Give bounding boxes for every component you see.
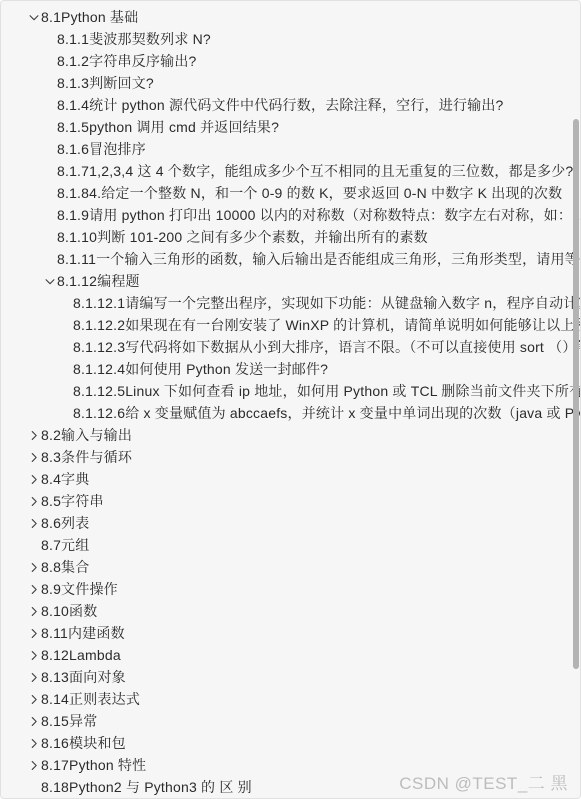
tree-item[interactable]: 8.1.5python 调用 cmd 并返回结果? — [1, 116, 580, 138]
tree-item[interactable]: 8.1.10判断 101-200 之间有多少个素数，并输出所有的素数 — [1, 226, 580, 248]
tree-item-label: 8.15异常 — [41, 711, 97, 731]
chevron-right-icon[interactable] — [27, 515, 41, 531]
chevron-right-icon[interactable] — [27, 735, 41, 751]
chevron-down-icon[interactable] — [27, 9, 41, 25]
chevron-placeholder — [43, 75, 57, 91]
tree-item[interactable]: 8.1.84.给定一个整数 N，和一个 0-9 的数 K，要求返回 0-N 中数… — [1, 182, 580, 204]
tree-item-label: 8.1.12.2如果现在有一台刚安装了 WinXP 的计算机，请简单说明如何能够… — [73, 315, 580, 335]
chevron-right-icon[interactable] — [27, 669, 41, 685]
tree-item-label: 8.1.12.6给 x 变量赋值为 abccaefs，并统计 x 变量中单词出现… — [73, 403, 580, 423]
tree-item-label: 8.1.6冒泡排序 — [57, 139, 146, 159]
tree-item-label: 8.8集合 — [41, 557, 89, 577]
tree-item-label: 8.2输入与输出 — [41, 425, 132, 445]
tree-item[interactable]: 8.16模块和包 — [1, 732, 580, 754]
chevron-right-icon[interactable] — [27, 471, 41, 487]
tree-item-label: 8.1.12.5Linux 下如何查看 ip 地址，如何用 Python 或 T… — [73, 381, 580, 401]
tree-item[interactable]: 8.3条件与循环 — [1, 446, 580, 468]
chevron-right-icon[interactable] — [27, 691, 41, 707]
tree-item[interactable]: 8.1.12编程题 — [1, 270, 580, 292]
tree-item[interactable]: 8.5字符串 — [1, 490, 580, 512]
chevron-placeholder — [27, 779, 41, 795]
tree-item-label: 8.5字符串 — [41, 491, 104, 511]
chevron-placeholder — [43, 163, 57, 179]
tree-item[interactable]: 8.9文件操作 — [1, 578, 580, 600]
tree-item-label: 8.1.9请用 python 打印出 10000 以内的对称数（对称数特点：数字… — [57, 205, 580, 225]
chevron-placeholder — [43, 31, 57, 47]
tree-item[interactable]: 8.1.4统计 python 源代码文件中代码行数，去除注释，空行，进行输出? — [1, 94, 580, 116]
chevron-right-icon[interactable] — [27, 757, 41, 773]
tree-item-label: 8.4字典 — [41, 469, 89, 489]
chevron-placeholder — [27, 537, 41, 553]
chevron-placeholder — [59, 295, 73, 311]
chevron-placeholder — [59, 317, 73, 333]
chevron-placeholder — [59, 361, 73, 377]
tree-item-label: 8.6列表 — [41, 513, 89, 533]
chevron-right-icon[interactable] — [27, 603, 41, 619]
tree-item[interactable]: 8.17Python 特性 — [1, 754, 580, 776]
chevron-right-icon[interactable] — [27, 713, 41, 729]
chevron-placeholder — [59, 405, 73, 421]
tree-item-label: 8.1.4统计 python 源代码文件中代码行数，去除注释，空行，进行输出? — [57, 95, 504, 115]
tree-item[interactable]: 8.10函数 — [1, 600, 580, 622]
tree-item-label: 8.16模块和包 — [41, 733, 126, 753]
chevron-placeholder — [43, 207, 57, 223]
outline-panel: 8.1Python 基础8.1.1斐波那契数列求 N?8.1.2字符串反序输出?… — [0, 0, 581, 799]
chevron-right-icon[interactable] — [27, 559, 41, 575]
chevron-right-icon[interactable] — [27, 625, 41, 641]
tree-item-label: 8.9文件操作 — [41, 579, 118, 599]
chevron-right-icon[interactable] — [27, 449, 41, 465]
tree-item[interactable]: 8.4字典 — [1, 468, 580, 490]
tree-item[interactable]: 8.1.71,2,3,4 这 4 个数字，能组成多少个互不相同的且无重复的三位数… — [1, 160, 580, 182]
tree-item-label: 8.1.1斐波那契数列求 N? — [57, 29, 211, 49]
tree-item[interactable]: 8.1.12.4如何使用 Python 发送一封邮件? — [1, 358, 580, 380]
chevron-placeholder — [43, 251, 57, 267]
chevron-right-icon[interactable] — [27, 647, 41, 663]
chevron-placeholder — [59, 339, 73, 355]
tree-item-label: 8.1.2字符串反序输出? — [57, 51, 197, 71]
tree-item[interactable]: 8.1.12.2如果现在有一台刚安装了 WinXP 的计算机，请简单说明如何能够… — [1, 314, 580, 336]
tree-item[interactable]: 8.1.12.1请编写一个完整出程序，实现如下功能：从键盘输入数字 n，程序自动… — [1, 292, 580, 314]
tree-item[interactable]: 8.1.12.5Linux 下如何查看 ip 地址，如何用 Python 或 T… — [1, 380, 580, 402]
chevron-right-icon[interactable] — [27, 581, 41, 597]
tree-item[interactable]: 8.15异常 — [1, 710, 580, 732]
chevron-placeholder — [43, 141, 57, 157]
tree-item-label: 8.1Python 基础 — [41, 7, 138, 27]
tree-item[interactable]: 8.6列表 — [1, 512, 580, 534]
tree-item[interactable]: 8.2输入与输出 — [1, 424, 580, 446]
tree-item[interactable]: 8.11内建函数 — [1, 622, 580, 644]
tree-item-label: 8.1.12.4如何使用 Python 发送一封邮件? — [73, 359, 328, 379]
chevron-right-icon[interactable] — [27, 427, 41, 443]
tree-item-label: 8.1.84.给定一个整数 N，和一个 0-9 的数 K，要求返回 0-N 中数… — [57, 183, 562, 203]
tree-item-label: 8.10函数 — [41, 601, 97, 621]
tree-item[interactable]: 8.1.2字符串反序输出? — [1, 50, 580, 72]
tree-item[interactable]: 8.13面向对象 — [1, 666, 580, 688]
tree-item-label: 8.12Lambda — [41, 647, 121, 663]
tree-item-label: 8.17Python 特性 — [41, 755, 146, 775]
tree-item[interactable]: 8.18Python2 与 Python3 的 区 别 — [1, 776, 580, 798]
scrollbar-thumb[interactable] — [573, 119, 579, 669]
tree-item[interactable]: 8.1.11一个输入三角形的函数，输入后输出是否能组成三角形，三角形类型，请用等… — [1, 248, 580, 270]
tree-item[interactable]: 8.8集合 — [1, 556, 580, 578]
tree-item[interactable]: 8.1.1斐波那契数列求 N? — [1, 28, 580, 50]
chevron-placeholder — [43, 97, 57, 113]
tree-item-label: 8.1.5python 调用 cmd 并返回结果? — [57, 117, 279, 137]
tree-item-label: 8.1.12.1请编写一个完整出程序，实现如下功能：从键盘输入数字 n，程序自动… — [73, 293, 580, 313]
tree-item[interactable]: 8.12Lambda — [1, 644, 580, 666]
tree-item[interactable]: 8.1.6冒泡排序 — [1, 138, 580, 160]
tree-item[interactable]: 8.1.12.3写代码将如下数据从小到大排序，语言不限。（不可以直接使用 sor… — [1, 336, 580, 358]
chevron-placeholder — [59, 383, 73, 399]
tree-item-label: 8.1.71,2,3,4 这 4 个数字，能组成多少个互不相同的且无重复的三位数… — [57, 161, 573, 181]
tree-item[interactable]: 8.1.9请用 python 打印出 10000 以内的对称数（对称数特点：数字… — [1, 204, 580, 226]
tree-item[interactable]: 8.1.3判断回文? — [1, 72, 580, 94]
tree-item-label: 8.1.11一个输入三角形的函数，输入后输出是否能组成三角形，三角形类型，请用等… — [57, 249, 580, 269]
tree-item[interactable]: 8.14正则表达式 — [1, 688, 580, 710]
tree-item-label: 8.3条件与循环 — [41, 447, 132, 467]
tree-item-label: 8.18Python2 与 Python3 的 区 别 — [41, 777, 252, 797]
chevron-right-icon[interactable] — [27, 493, 41, 509]
chevron-placeholder — [43, 119, 57, 135]
tree-item-label: 8.7元组 — [41, 535, 89, 555]
toc-tree: 8.1Python 基础8.1.1斐波那契数列求 N?8.1.2字符串反序输出?… — [1, 1, 580, 798]
tree-item[interactable]: 8.7元组 — [1, 534, 580, 556]
tree-item-label: 8.11内建函数 — [41, 623, 125, 643]
tree-item[interactable]: 8.1Python 基础 — [1, 6, 580, 28]
chevron-placeholder — [43, 185, 57, 201]
chevron-down-icon[interactable] — [43, 273, 57, 289]
chevron-placeholder — [43, 53, 57, 69]
tree-item-label: 8.1.3判断回文? — [57, 73, 154, 93]
tree-item-label: 8.1.12编程题 — [57, 271, 140, 291]
tree-item-label: 8.14正则表达式 — [41, 689, 140, 709]
tree-item-label: 8.13面向对象 — [41, 667, 126, 687]
chevron-placeholder — [43, 229, 57, 245]
tree-item[interactable]: 8.1.12.6给 x 变量赋值为 abccaefs，并统计 x 变量中单词出现… — [1, 402, 580, 424]
tree-item-label: 8.1.12.3写代码将如下数据从小到大排序，语言不限。（不可以直接使用 sor… — [73, 337, 580, 357]
tree-item-label: 8.1.10判断 101-200 之间有多少个素数，并输出所有的素数 — [57, 227, 428, 247]
